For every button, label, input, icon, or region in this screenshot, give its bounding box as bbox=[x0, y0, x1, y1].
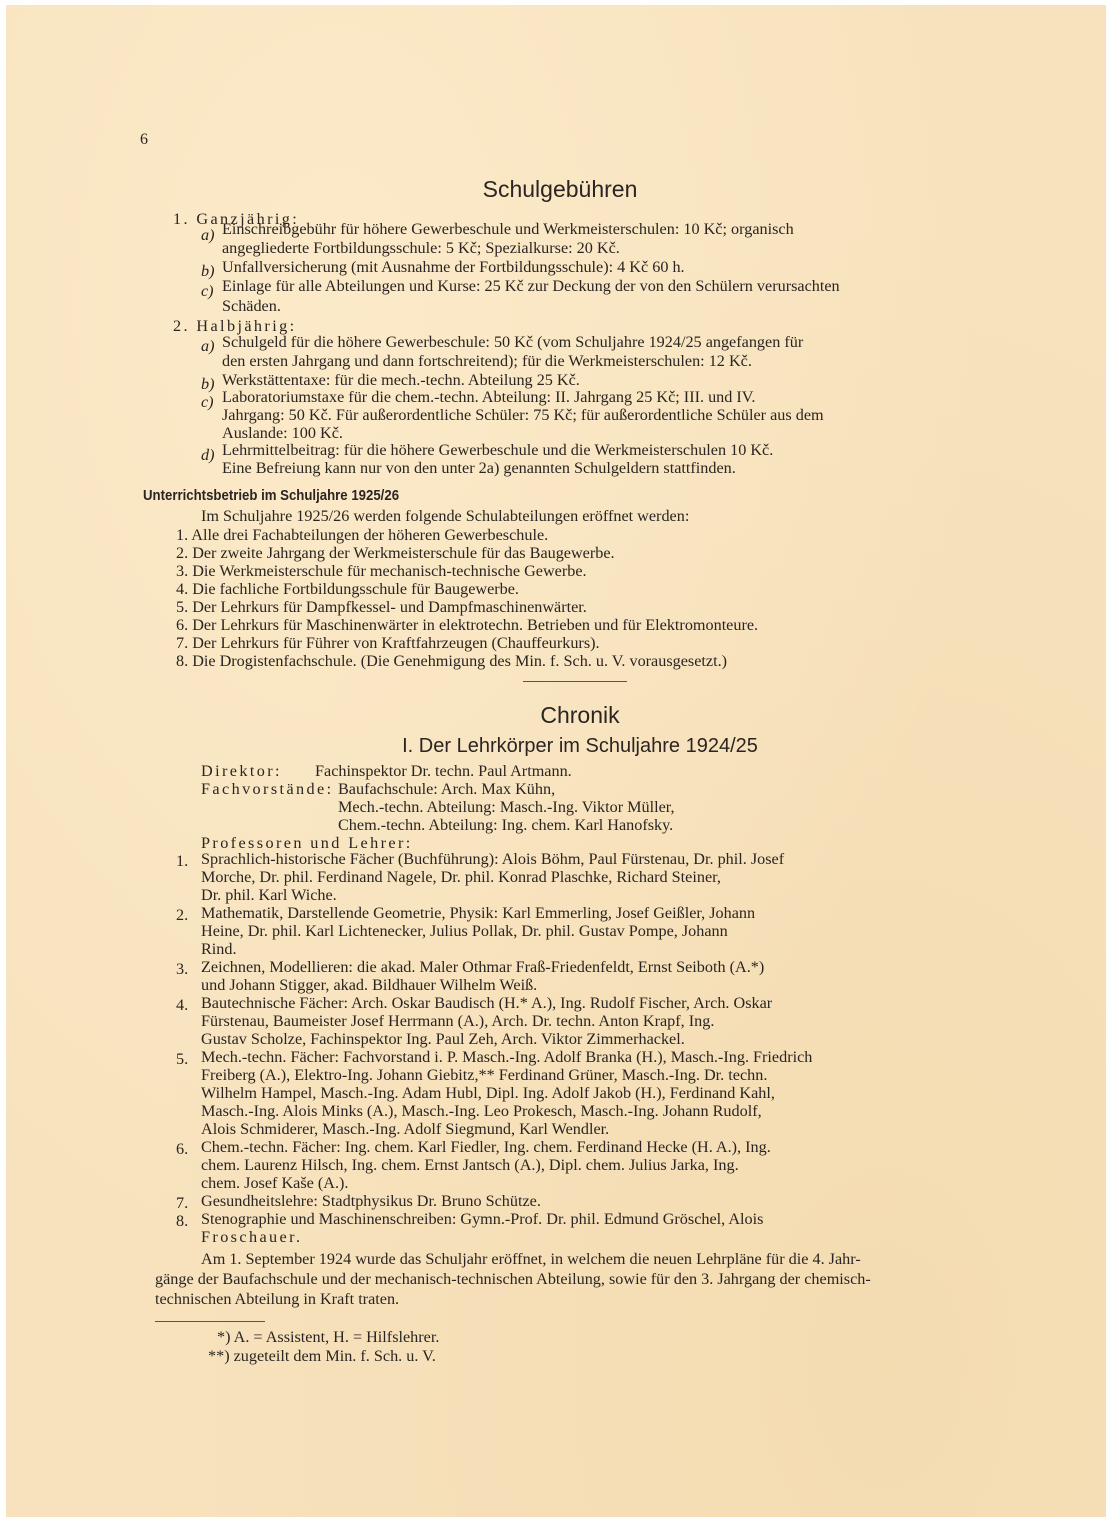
fees-heading: Schulgebühren bbox=[5, 176, 1110, 203]
operation-intro: Im Schuljahre 1925/26 werden folgende Sc… bbox=[201, 507, 689, 526]
footnote: *) A. = Assistent, H. = Hilfslehrer. bbox=[217, 1328, 439, 1347]
staff-number: 7. bbox=[176, 1194, 188, 1213]
staff-line: Fürstenau, Baumeister Josef Herrmann (A.… bbox=[201, 1012, 714, 1031]
staff-line: chem. Josef Kaše (A.). bbox=[201, 1174, 348, 1193]
paragraph-line: technischen Abteilung in Kraft traten. bbox=[155, 1290, 399, 1309]
staff-line: und Johann Stigger, akad. Bildhauer Wilh… bbox=[201, 976, 537, 995]
list-item: 6. Der Lehrkurs für Maschinenwärter in e… bbox=[176, 616, 758, 635]
fee-line: Jahrgang: 50 Kč. Für außerordentliche Sc… bbox=[222, 406, 824, 425]
list-item: 7. Der Lehrkurs für Führer von Kraftfahr… bbox=[176, 634, 600, 653]
staff-line: Heine, Dr. phil. Karl Lichtenecker, Juli… bbox=[201, 922, 728, 941]
staff-number: 8. bbox=[176, 1212, 188, 1231]
director-value: Fachinspektor Dr. techn. Paul Artmann. bbox=[315, 762, 572, 781]
staff-line: Mathematik, Darstellende Geometrie, Phys… bbox=[201, 904, 755, 923]
footnote: **) zugeteilt dem Min. f. Sch. u. V. bbox=[208, 1347, 436, 1366]
item-marker: b) bbox=[201, 262, 214, 281]
staff-line: Bautechnische Fächer: Arch. Oskar Baudis… bbox=[201, 994, 772, 1013]
staff-line: Freiberg (A.), Elektro-Ing. Johann Giebi… bbox=[201, 1066, 767, 1085]
item-marker: c) bbox=[201, 393, 214, 412]
staff-line: chem. Laurenz Hilsch, Ing. chem. Ernst J… bbox=[201, 1156, 739, 1175]
staff-number: 1. bbox=[176, 852, 188, 871]
heads-line: Mech.-techn. Abteilung: Masch.-Ing. Vikt… bbox=[338, 798, 675, 817]
chronicle-heading: Chronik bbox=[25, 702, 1110, 729]
list-item: 3. Die Werkmeisterschule für mechanisch-… bbox=[176, 562, 587, 581]
director-label: Direktor: bbox=[201, 762, 282, 781]
list-item: 5. Der Lehrkurs für Dampfkessel- und Dam… bbox=[176, 598, 587, 617]
staff-number: 2. bbox=[176, 906, 188, 925]
staff-number: 3. bbox=[176, 960, 188, 979]
item-marker: a) bbox=[201, 226, 214, 245]
staff-line: Froschauer. bbox=[201, 1228, 302, 1247]
chronicle-subheading: I. Der Lehrkörper im Schuljahre 1924/25 bbox=[25, 735, 1110, 758]
item-marker: b) bbox=[201, 375, 214, 394]
staff-line: Gesundheitslehre: Stadtphysikus Dr. Brun… bbox=[201, 1192, 541, 1211]
fee-line: Lehrmittelbeitrag: für die höhere Gewerb… bbox=[222, 441, 773, 460]
fee-line: Schulgeld für die höhere Gewerbeschule: … bbox=[222, 333, 803, 352]
item-marker: d) bbox=[201, 446, 214, 465]
staff-number: 4. bbox=[176, 996, 188, 1015]
staff-line: Rind. bbox=[201, 940, 237, 959]
fee-line: Schäden. bbox=[222, 297, 281, 316]
staff-line: Chem.-techn. Fächer: Ing. chem. Karl Fie… bbox=[201, 1138, 771, 1157]
heads-line: Baufachschule: Arch. Max Kühn, bbox=[338, 780, 555, 799]
staff-number: 5. bbox=[176, 1050, 188, 1069]
fee-line: Eine Befreiung kann nur von den unter 2a… bbox=[222, 459, 736, 478]
list-item: 1. Alle drei Fachabteilungen der höheren… bbox=[176, 526, 548, 545]
staff-line: Alois Schmiderer, Masch.-Ing. Adolf Sieg… bbox=[201, 1120, 609, 1139]
heads-label: Fachvorstände: bbox=[201, 780, 334, 799]
staff-line: Morche, Dr. phil. Ferdinand Nagele, Dr. … bbox=[201, 868, 721, 887]
heads-line: Chem.-techn. Abteilung: Ing. chem. Karl … bbox=[338, 816, 673, 835]
fee-line: Einschreibgebühr für höhere Gewerbeschul… bbox=[222, 220, 794, 239]
fee-line: Laboratoriumstaxe für die chem.-techn. A… bbox=[222, 388, 755, 407]
fee-line: Einlage für alle Abteilungen und Kurse: … bbox=[222, 277, 840, 296]
staff-line: Masch.-Ing. Alois Minks (A.), Masch.-Ing… bbox=[201, 1102, 762, 1121]
item-marker: a) bbox=[201, 337, 214, 356]
staff-line: Mech.-techn. Fächer: Fachvorstand i. P. … bbox=[201, 1048, 812, 1067]
fee-line: den ersten Jahrgang und dann fortschreit… bbox=[222, 352, 752, 371]
page-number: 6 bbox=[140, 131, 148, 149]
list-item: 8. Die Drogistenfachschule. (Die Genehmi… bbox=[176, 652, 727, 671]
item-marker: c) bbox=[201, 282, 214, 301]
staff-line: Zeichnen, Modellieren: die akad. Maler O… bbox=[201, 958, 764, 977]
operation-heading: Unterrichtsbetrieb im Schuljahre 1925/26 bbox=[143, 487, 399, 504]
fee-line: Unfallversicherung (mit Ausnahme der For… bbox=[222, 258, 685, 277]
staff-line: Sprachlich-historische Fächer (Buchführu… bbox=[201, 850, 784, 869]
list-item: 4. Die fachliche Fortbildungsschule für … bbox=[176, 580, 519, 599]
section-divider bbox=[523, 681, 627, 682]
staff-line: Dr. phil. Karl Wiche. bbox=[201, 886, 337, 905]
list-item: 2. Der zweite Jahrgang der Werkmeistersc… bbox=[176, 544, 615, 563]
footnote-divider bbox=[155, 1321, 265, 1322]
paragraph-line: gänge der Baufachschule und der mechanis… bbox=[155, 1270, 871, 1289]
staff-line: Gustav Scholze, Fachinspektor Ing. Paul … bbox=[201, 1030, 685, 1049]
staff-line: Stenographie und Maschinenschreiben: Gym… bbox=[201, 1210, 763, 1229]
staff-number: 6. bbox=[176, 1140, 188, 1159]
fee-line: angegliederte Fortbildungsschule: 5 Kč; … bbox=[222, 239, 620, 258]
staff-line: Wilhelm Hampel, Masch.-Ing. Adam Hubl, D… bbox=[201, 1084, 775, 1103]
paragraph-line: Am 1. September 1924 wurde das Schuljahr… bbox=[201, 1250, 861, 1269]
